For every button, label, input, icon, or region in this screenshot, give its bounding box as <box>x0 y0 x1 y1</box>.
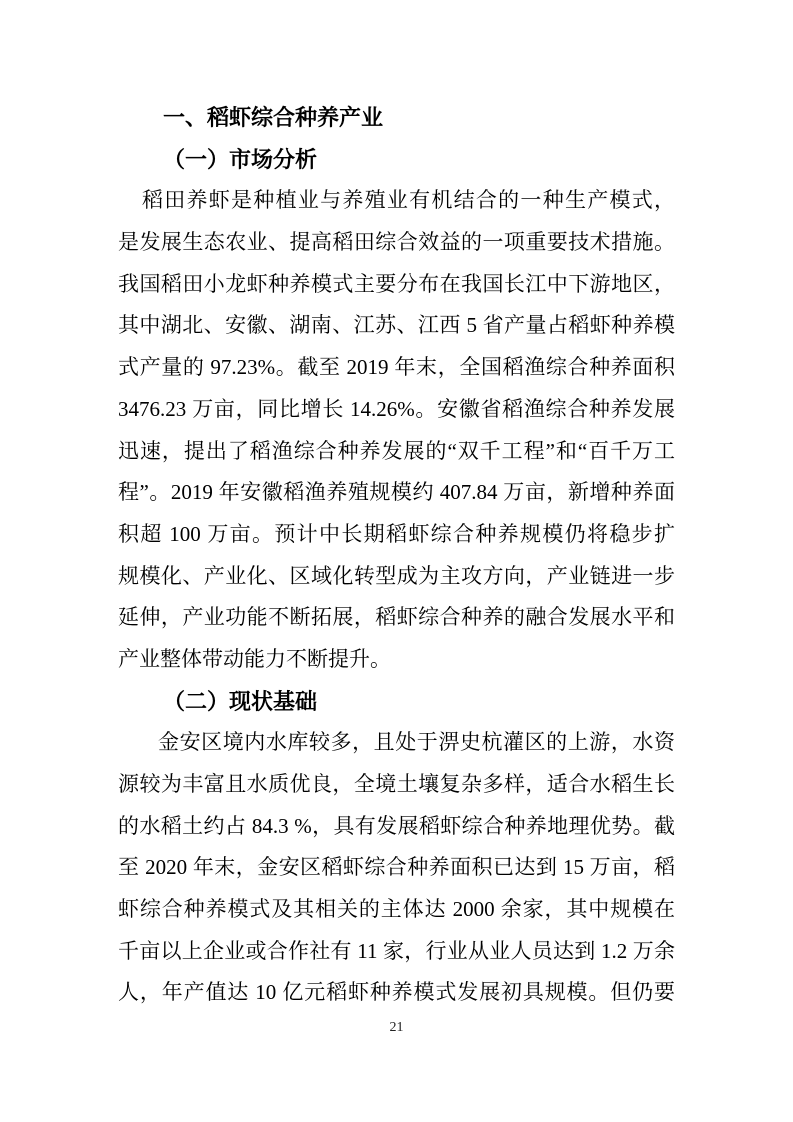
paragraph-status-line: 的水稻土约占 84.3 %，具有发展稻虾综合种养地理优势。截 <box>118 806 675 848</box>
subsection-heading-status: （二）现状基础 <box>118 681 675 723</box>
page-number: 21 <box>0 1020 793 1036</box>
paragraph-market-line: 其中湖北、安徽、湖南、江苏、江西 5 省产量占稻虾种养模 <box>118 305 675 347</box>
paragraph-status-line: 至 2020 年末，金安区稻虾综合种养面积已达到 15 万亩，稻 <box>118 847 675 889</box>
paragraph-market-line: 规模化、产业化、区域化转型成为主攻方向，产业链进一步 <box>118 556 675 598</box>
paragraph-market-line: 3476.23 万亩，同比增长 14.26%。安徽省稻渔综合种养发展 <box>118 389 675 431</box>
paragraph-status-line: 虾综合种养模式及其相关的主体达 2000 余家，其中规模在 <box>118 889 675 931</box>
paragraph-market-line: 积超 100 万亩。预计中长期稻虾综合种养规模仍将稳步扩大， <box>118 514 675 556</box>
document-body: 一、稻虾综合种养产业 （一）市场分析 稻田养虾是种植业与养殖业有机结合的一种生产… <box>118 97 675 1014</box>
paragraph-market-line: 式产量的 97.23%。截至 2019 年末，全国稻渔综合种养面积 <box>118 347 675 389</box>
paragraph-market-line: 我国稻田小龙虾种养模式主要分布在我国长江中下游地区， <box>118 264 675 306</box>
section-heading-1: 一、稻虾综合种养产业 <box>118 97 675 139</box>
paragraph-status-line: 源较为丰富且水质优良，全境土壤复杂多样，适合水稻生长 <box>118 764 675 806</box>
paragraph-market-line: 延伸，产业功能不断拓展，稻虾综合种养的融合发展水平和 <box>118 597 675 639</box>
paragraph-market-line: 迅速，提出了稻渔综合种养发展的“双千工程”和“百千万工 <box>118 431 675 473</box>
paragraph-status-line: 金安区境内水库较多，且处于淠史杭灌区的上游，水资 <box>118 722 675 764</box>
paragraph-market-line: 稻田养虾是种植业与养殖业有机结合的一种生产模式， <box>118 180 675 222</box>
subsection-heading-market: （一）市场分析 <box>118 139 675 181</box>
document-page: 一、稻虾综合种养产业 （一）市场分析 稻田养虾是种植业与养殖业有机结合的一种生产… <box>0 0 793 1122</box>
paragraph-market-line: 产业整体带动能力不断提升。 <box>118 639 675 681</box>
paragraph-status-line: 千亩以上企业或合作社有 11 家，行业从业人员达到 1.2 万余 <box>118 931 675 973</box>
paragraph-market-line: 是发展生态农业、提高稻田综合效益的一项重要技术措施。 <box>118 222 675 264</box>
paragraph-market-line: 程”。2019 年安徽稻渔养殖规模约 407.84 万亩，新增种养面 <box>118 472 675 514</box>
paragraph-status-line: 人，年产值达 10 亿元稻虾种养模式发展初具规模。但仍要 <box>118 972 675 1014</box>
